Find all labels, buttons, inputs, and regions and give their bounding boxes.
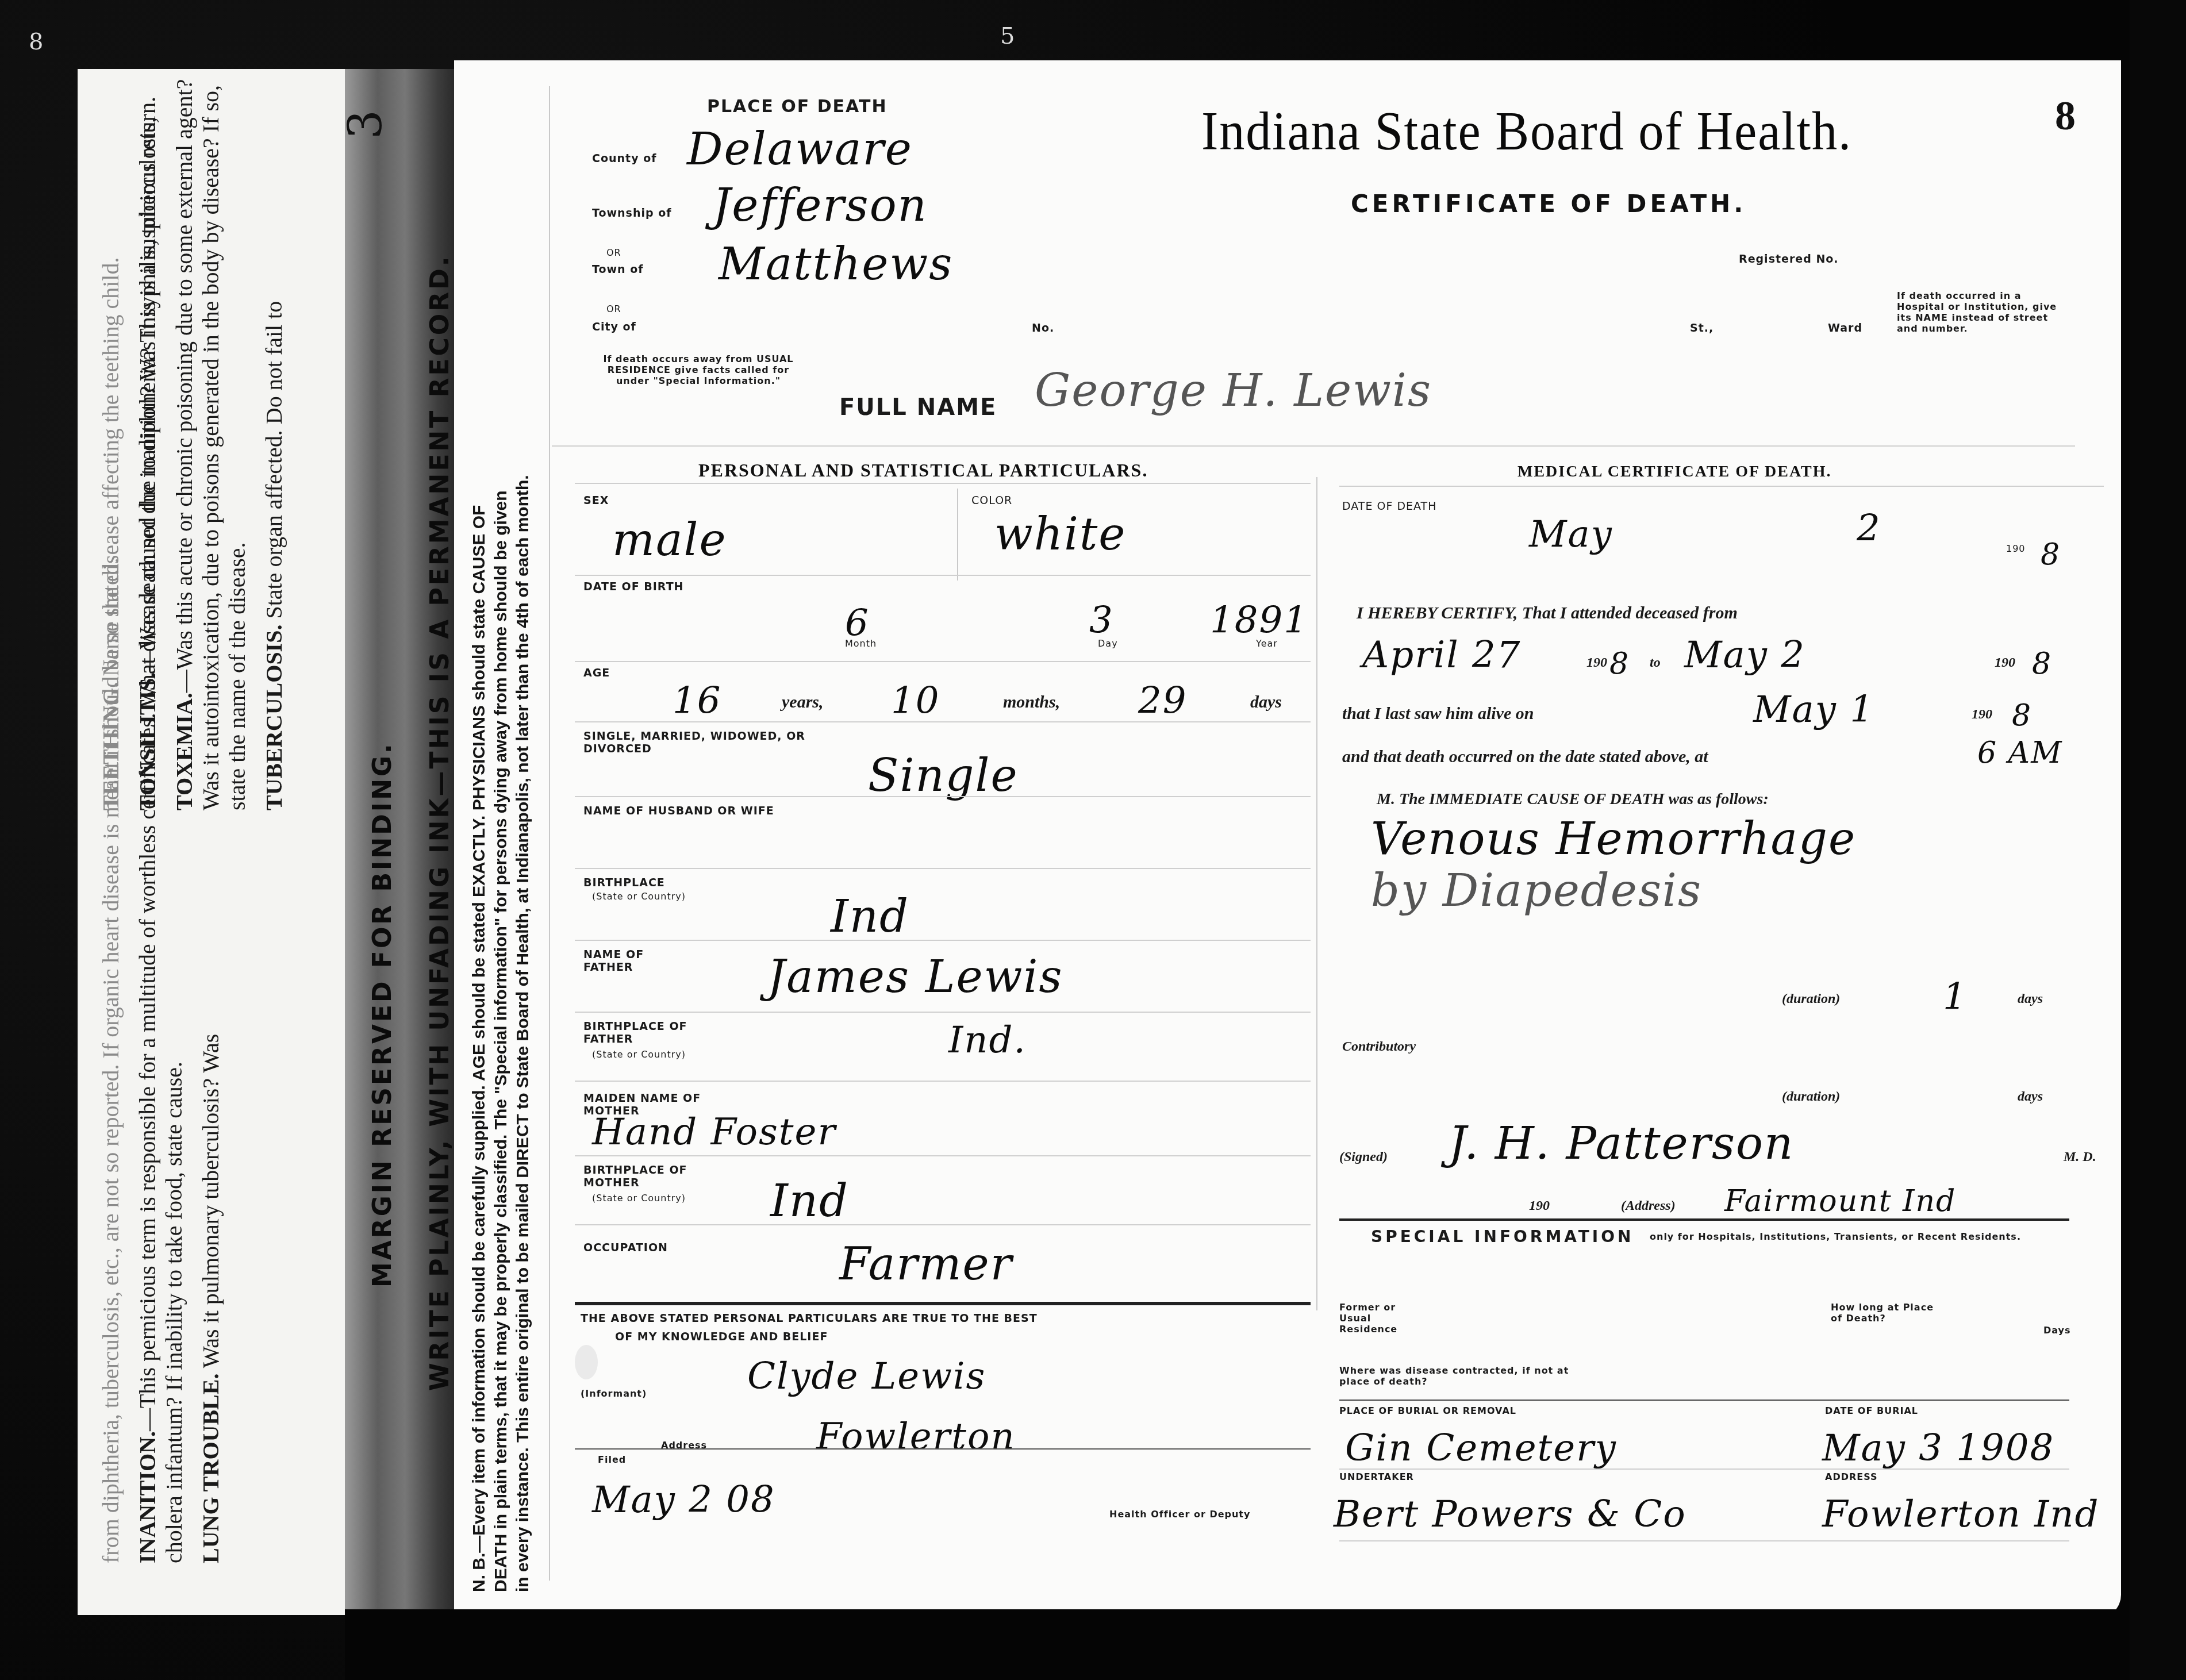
cause-line-1[interactable]: Venous Hemorrhage bbox=[1371, 816, 1856, 862]
nb-line-3: in every instance. This entire original … bbox=[512, 69, 534, 1592]
full-name-label: FULL NAME bbox=[839, 399, 997, 416]
instruction-body: Was it pulmonary tuberculosis? Was bbox=[198, 1034, 224, 1368]
year-prefix: 190 bbox=[1586, 655, 1607, 671]
age-days[interactable]: 29 bbox=[1138, 678, 1187, 724]
street-label: St., bbox=[1690, 322, 1714, 335]
duration-2-label: (duration) bbox=[1782, 1089, 1840, 1105]
disease-contracted-label: Where was disease contracted, if not at … bbox=[1339, 1365, 1581, 1387]
ink-stamp-mark bbox=[575, 1345, 598, 1379]
burial-place-value[interactable]: Gin Cemetery bbox=[1345, 1425, 1617, 1471]
divider bbox=[1339, 1468, 2069, 1470]
attended-to-year[interactable]: 8 bbox=[2032, 641, 2052, 687]
certificate-title: Indiana State Board of Health. bbox=[1201, 99, 1852, 163]
how-long-days-label: Days bbox=[2043, 1325, 2071, 1336]
death-month[interactable]: May bbox=[1529, 512, 1613, 558]
medical-heading: MEDICAL CERTIFICATE OF DEATH. bbox=[1517, 463, 1832, 481]
left-rule bbox=[549, 86, 550, 1581]
page-number: 8 bbox=[2055, 92, 2076, 140]
divider bbox=[575, 940, 1311, 941]
divider bbox=[575, 1081, 1311, 1082]
instruction-body: —Was death not due to diphtheria? This i… bbox=[135, 97, 160, 672]
county-label: County of bbox=[592, 152, 656, 165]
marital-label: SINGLE, MARRIED, WIDOWED, OR DIVORCED bbox=[583, 730, 825, 755]
section-rule bbox=[575, 1302, 1311, 1305]
registered-no-label: Registered No. bbox=[1739, 253, 1839, 266]
duration-label: (duration) bbox=[1782, 991, 1840, 1007]
burial-place-label: PLACE OF BURIAL OR REMOVAL bbox=[1339, 1405, 1516, 1416]
former-residence-label: Former or Usual Residence bbox=[1339, 1302, 1426, 1335]
margin-mark-top-center: 5 bbox=[1000, 23, 1015, 49]
special-info-heading: SPECIAL INFORMATION bbox=[1371, 1229, 1634, 1245]
father-birthplace-sub: (State or Country) bbox=[592, 1049, 686, 1060]
cause-intro: M. The IMMEDIATE CAUSE OF DEATH was as f… bbox=[1377, 790, 1769, 809]
days-caption: days bbox=[1250, 693, 1282, 712]
nb-line-2: DEATH in plain terms, that it may be pro… bbox=[490, 69, 512, 1592]
informant-address-value[interactable]: Fowlerton bbox=[816, 1414, 1016, 1460]
death-year-prefix: 190 bbox=[2006, 543, 2026, 554]
instruction-body: State organ affected. Do not fail to bbox=[261, 301, 287, 619]
dob-year[interactable]: 1891 bbox=[1210, 598, 1308, 644]
or-label: OR bbox=[606, 303, 621, 314]
place-of-death-heading: PLACE OF DEATH bbox=[707, 99, 888, 115]
dob-day[interactable]: 3 bbox=[1089, 598, 1114, 644]
last-saw-text: that I last saw him alive on bbox=[1342, 704, 1534, 724]
duration-2-unit: days bbox=[2018, 1089, 2043, 1105]
township-label: Township of bbox=[592, 207, 671, 220]
father-birthplace-label: BIRTHPLACE OF FATHER bbox=[583, 1020, 704, 1045]
divider bbox=[575, 1448, 1311, 1450]
sex-label: SEX bbox=[583, 494, 609, 507]
attestation-line-2: OF MY KNOWLEDGE AND BELIEF bbox=[615, 1331, 828, 1343]
certificate-sheet bbox=[454, 60, 2121, 1618]
instruction-term: TOXEMIA. bbox=[171, 693, 197, 810]
instruction-term: TEETHING. bbox=[98, 682, 124, 810]
county-value[interactable]: Delaware bbox=[687, 126, 913, 172]
nb-line-1: N. B.—Every item of information should b… bbox=[468, 69, 490, 1592]
instruction-body: Name the disease affecting the teething … bbox=[98, 257, 124, 676]
dob-label: DATE OF BIRTH bbox=[583, 580, 684, 593]
divider bbox=[575, 661, 1311, 662]
informant-label: (Informant) bbox=[581, 1388, 647, 1399]
how-long-label: How long at Place of Death? bbox=[1831, 1302, 1934, 1324]
certify-text: I HEREBY CERTIFY, That I attended deceas… bbox=[1357, 603, 1738, 623]
city-label: City of bbox=[592, 321, 636, 333]
age-years[interactable]: 16 bbox=[673, 678, 721, 724]
father-value[interactable]: James Lewis bbox=[767, 954, 1063, 1000]
instruction-term: TUBERCULOSIS. bbox=[261, 625, 287, 810]
birthplace-label: BIRTHPLACE bbox=[583, 876, 665, 889]
last-saw-date[interactable]: May 1 bbox=[1753, 687, 1874, 733]
attended-to[interactable]: May 2 bbox=[1684, 632, 1805, 678]
attestation-line-1: THE ABOVE STATED PERSONAL PARTICULARS AR… bbox=[581, 1312, 1038, 1325]
filed-value[interactable]: May 2 08 bbox=[592, 1477, 775, 1523]
signature-year-prefix: 190 bbox=[1529, 1198, 1550, 1214]
undertaker-address-value[interactable]: Fowlerton Ind bbox=[1822, 1491, 2099, 1537]
sex-color-divider bbox=[957, 489, 958, 580]
binding-line-1: MARGIN RESERVED FOR BINDING. bbox=[368, 126, 402, 1287]
death-day[interactable]: 2 bbox=[1857, 506, 1881, 552]
instruction-term: LUNG TROUBLE. bbox=[198, 1374, 224, 1563]
mother-birthplace-sub: (State or Country) bbox=[592, 1193, 686, 1204]
occurred-text: and that death occurred on the date stat… bbox=[1342, 747, 1708, 767]
personal-heading: PERSONAL AND STATISTICAL PARTICULARS. bbox=[698, 460, 1148, 481]
informant-value[interactable]: Clyde Lewis bbox=[747, 1354, 986, 1400]
mother-birthplace-value[interactable]: Ind bbox=[770, 1178, 849, 1224]
age-label: AGE bbox=[583, 667, 610, 679]
filed-label: Filed bbox=[598, 1454, 626, 1465]
physician-address-value[interactable]: Fairmount Ind bbox=[1724, 1178, 1956, 1224]
township-value[interactable]: Jefferson bbox=[713, 183, 928, 229]
father-birthplace-value[interactable]: Ind. bbox=[948, 1017, 1027, 1063]
divider bbox=[575, 721, 1311, 722]
birthplace-value[interactable]: Ind bbox=[831, 894, 909, 940]
year-caption: Year bbox=[1256, 638, 1278, 649]
duration-value[interactable]: 1 bbox=[1943, 974, 1968, 1020]
instruction-term: INANITION. bbox=[135, 1431, 160, 1563]
binding-line-2: WRITE PLAINLY, WITH UNFADING INK—THIS IS… bbox=[425, 126, 455, 1391]
md-label: M. D. bbox=[2064, 1150, 2096, 1165]
signed-label: (Signed) bbox=[1339, 1150, 1388, 1165]
instructions-text-upper: TEETHING. Name the disease affecting the… bbox=[98, 63, 362, 810]
day-caption: Day bbox=[1098, 638, 1118, 649]
duration-unit: days bbox=[2018, 991, 2043, 1007]
undertaker-value[interactable]: Bert Powers & Co bbox=[1334, 1491, 1686, 1537]
hospital-note: If death occurred in a Hospital or Insti… bbox=[1897, 290, 2069, 334]
divider bbox=[1339, 1540, 2069, 1541]
town-label: Town of bbox=[592, 263, 644, 276]
spouse-label: NAME OF HUSBAND OR WIFE bbox=[583, 805, 790, 817]
town-value[interactable]: Matthews bbox=[719, 241, 953, 287]
to-label: to bbox=[1650, 655, 1661, 671]
cause-line-2[interactable]: by Diapedesis bbox=[1371, 868, 1702, 914]
or-label: OR bbox=[606, 247, 621, 258]
divider bbox=[575, 1155, 1311, 1156]
months-caption: months, bbox=[1003, 693, 1060, 712]
sex-value[interactable]: male bbox=[612, 517, 727, 563]
column-divider bbox=[1316, 477, 1317, 1310]
undertaker-address-label: ADDRESS bbox=[1825, 1471, 1878, 1482]
divider bbox=[552, 445, 2075, 447]
divider bbox=[1339, 486, 2104, 487]
ward-label: Ward bbox=[1828, 322, 1862, 335]
year-prefix: 190 bbox=[1972, 707, 1992, 722]
divider bbox=[1339, 1400, 2069, 1401]
burial-date-value[interactable]: May 3 1908 bbox=[1822, 1425, 2054, 1471]
time-of-death[interactable]: 6 AM bbox=[1977, 730, 2062, 776]
contributory-label: Contributory bbox=[1342, 1039, 1416, 1055]
burial-date-label: DATE OF BURIAL bbox=[1825, 1405, 1918, 1416]
mother-birthplace-label: BIRTHPLACE OF MOTHER bbox=[583, 1164, 704, 1189]
health-officer-label: Health Officer or Deputy bbox=[1109, 1509, 1250, 1520]
section-rule bbox=[1339, 1218, 2069, 1221]
marital-value[interactable]: Single bbox=[868, 753, 1019, 799]
binding-instructions: MARGIN RESERVED FOR BINDING. WRITE PLAIN… bbox=[368, 126, 455, 1391]
special-info-qualifier: only for Hospitals, Institutions, Transi… bbox=[1650, 1231, 2098, 1242]
years-caption: years, bbox=[782, 693, 823, 712]
divider bbox=[575, 796, 1311, 797]
divider bbox=[575, 483, 1311, 484]
birthplace-sub: (State or Country) bbox=[592, 891, 686, 902]
physician-signature[interactable]: J. H. Patterson bbox=[1449, 1121, 1794, 1167]
father-label: NAME OF FATHER bbox=[583, 948, 670, 974]
color-label: COLOR bbox=[971, 494, 1012, 507]
attended-from-year[interactable]: 8 bbox=[1609, 641, 1630, 687]
attended-from[interactable]: April 27 bbox=[1362, 632, 1522, 678]
color-value[interactable]: white bbox=[994, 512, 1126, 558]
mother-value[interactable]: Hand Foster bbox=[592, 1109, 836, 1155]
full-name-value[interactable]: George H. Lewis bbox=[1035, 368, 1432, 414]
divider bbox=[575, 1012, 1311, 1013]
occupation-value[interactable]: Farmer bbox=[839, 1241, 1013, 1287]
age-months[interactable]: 10 bbox=[891, 678, 940, 724]
divider bbox=[575, 1224, 1311, 1225]
physician-address-label: (Address) bbox=[1621, 1198, 1676, 1214]
residence-note: If death occurs away from USUAL RESIDENC… bbox=[595, 353, 802, 386]
death-year[interactable]: 8 bbox=[2041, 532, 2061, 578]
year-prefix: 190 bbox=[1995, 655, 2015, 671]
date-of-death-label: DATE OF DEATH bbox=[1342, 500, 1436, 513]
scan-right-edge bbox=[2130, 0, 2186, 1680]
scan-bottom-edge bbox=[345, 1609, 2127, 1680]
divider bbox=[575, 868, 1311, 869]
nb-note: N. B.—Every item of information should b… bbox=[468, 69, 534, 1592]
margin-mark-top-left: 8 bbox=[29, 29, 43, 55]
divider bbox=[575, 575, 1311, 576]
occupation-label: OCCUPATION bbox=[583, 1241, 668, 1254]
month-caption: Month bbox=[845, 638, 877, 649]
street-no-label: No. bbox=[1032, 322, 1054, 335]
certificate-subtitle: CERTIFICATE OF DEATH. bbox=[1351, 190, 1746, 218]
instruction-term: TONSILITIS. bbox=[135, 672, 160, 810]
undertaker-label: UNDERTAKER bbox=[1339, 1471, 1414, 1482]
